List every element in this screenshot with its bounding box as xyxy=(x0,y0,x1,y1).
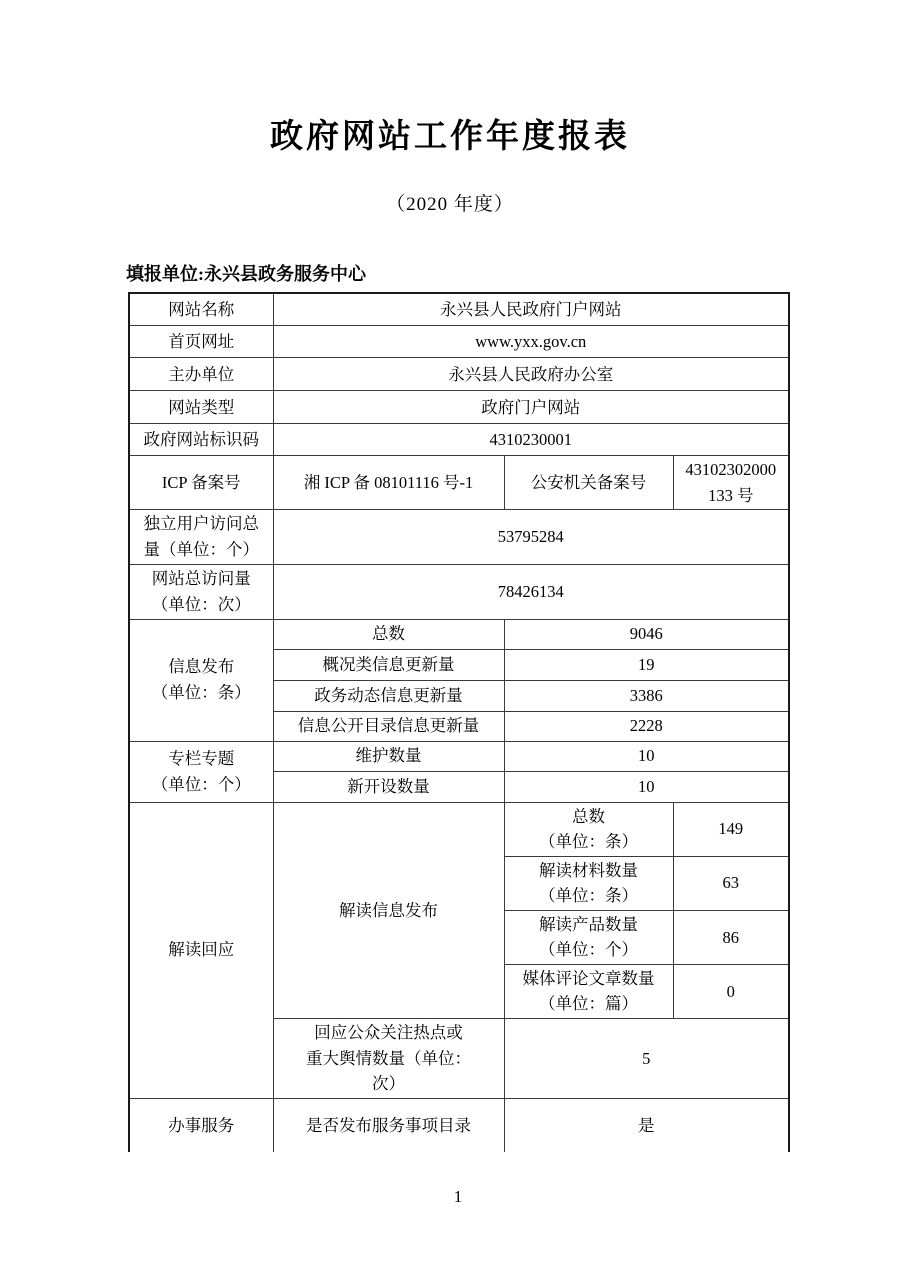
home-url-value: www.yxx.gov.cn xyxy=(273,326,789,358)
interpretation-product-label: 解读产品数量 （单位：个） xyxy=(504,910,673,964)
hotspot-response-label: 回应公众关注热点或 重大舆情数量（单位： 次） xyxy=(273,1019,504,1099)
info-publish-catalog-label: 信息公开目录信息更新量 xyxy=(273,711,504,741)
info-publish-total-label: 总数 xyxy=(273,619,504,649)
info-publish-dynamics-label: 政务动态信息更新量 xyxy=(273,680,504,711)
interpretation-product-value: 86 xyxy=(673,910,789,964)
table-row: 主办单位 永兴县人民政府办公室 xyxy=(129,358,789,391)
unique-visitors-label: 独立用户访问总 量（单位：个） xyxy=(129,510,273,564)
interpretation-material-value: 63 xyxy=(673,856,789,910)
total-visits-value: 78426134 xyxy=(273,564,789,619)
info-publish-dynamics-value: 3386 xyxy=(504,680,789,711)
table-row: 网站类型 政府门户网站 xyxy=(129,391,789,424)
document-page: 政府网站工作年度报表 （2020 年度） 填报单位:永兴县政务服务中心 网站名称… xyxy=(0,0,900,1273)
interpretation-total-value: 149 xyxy=(673,802,789,856)
site-code-value: 4310230001 xyxy=(273,424,789,456)
page-subtitle: （2020 年度） xyxy=(0,195,900,216)
table-row: 首页网址 www.yxx.gov.cn xyxy=(129,326,789,358)
site-name-value: 永兴县人民政府门户网站 xyxy=(273,293,789,326)
special-columns-new-value: 10 xyxy=(504,771,789,802)
info-publish-section-label: 信息发布 （单位：条） xyxy=(129,619,273,741)
annual-report-table: 网站名称 永兴县人民政府门户网站 首页网址 www.yxx.gov.cn 主办单… xyxy=(128,292,790,1152)
icp-label: ICP 备案号 xyxy=(129,456,273,510)
page-title: 政府网站工作年度报表 xyxy=(0,0,900,154)
services-section-label: 办事服务 xyxy=(129,1098,273,1152)
site-code-label: 政府网站标识码 xyxy=(129,424,273,456)
info-publish-total-value: 9046 xyxy=(504,619,789,649)
site-name-label: 网站名称 xyxy=(129,293,273,326)
info-publish-overview-value: 19 xyxy=(504,649,789,680)
police-record-label: 公安机关备案号 xyxy=(504,456,673,510)
total-visits-label: 网站总访问量 （单位：次） xyxy=(129,564,273,619)
table-row: 办事服务 是否发布服务事项目录 是 xyxy=(129,1098,789,1152)
host-unit-value: 永兴县人民政府办公室 xyxy=(273,358,789,391)
table-row: 网站总访问量 （单位：次） 78426134 xyxy=(129,564,789,619)
info-publish-overview-label: 概况类信息更新量 xyxy=(273,649,504,680)
site-type-value: 政府门户网站 xyxy=(273,391,789,424)
table-row: 独立用户访问总 量（单位：个） 53795284 xyxy=(129,510,789,564)
interpretation-total-label: 总数 （单位：条） xyxy=(504,802,673,856)
table-row: 信息发布 （单位：条） 总数 9046 xyxy=(129,619,789,649)
interpretation-publish-label: 解读信息发布 xyxy=(273,802,504,1019)
unique-visitors-value: 53795284 xyxy=(273,510,789,564)
police-record-value: 43102302000 133 号 xyxy=(673,456,789,510)
interpretation-media-label: 媒体评论文章数量 （单位：篇） xyxy=(504,964,673,1018)
table-row: 专栏专题 （单位：个） 维护数量 10 xyxy=(129,741,789,771)
special-columns-maintain-value: 10 xyxy=(504,741,789,771)
special-columns-maintain-label: 维护数量 xyxy=(273,741,504,771)
table-row: 解读回应 解读信息发布 总数 （单位：条） 149 xyxy=(129,802,789,856)
interpretation-section-label: 解读回应 xyxy=(129,802,273,1098)
table-row: ICP 备案号 湘 ICP 备 08101116 号-1 公安机关备案号 431… xyxy=(129,456,789,510)
special-columns-new-label: 新开设数量 xyxy=(273,771,504,802)
table-row: 网站名称 永兴县人民政府门户网站 xyxy=(129,293,789,326)
services-catalog-value: 是 xyxy=(504,1098,789,1152)
host-unit-label: 主办单位 xyxy=(129,358,273,391)
home-url-label: 首页网址 xyxy=(129,326,273,358)
interpretation-material-label: 解读材料数量 （单位：条） xyxy=(504,856,673,910)
info-publish-catalog-value: 2228 xyxy=(504,711,789,741)
page-number: 1 xyxy=(128,1187,788,1207)
services-catalog-label: 是否发布服务事项目录 xyxy=(273,1098,504,1152)
icp-value: 湘 ICP 备 08101116 号-1 xyxy=(273,456,504,510)
interpretation-media-value: 0 xyxy=(673,964,789,1018)
reporting-unit: 填报单位:永兴县政务服务中心 xyxy=(126,264,900,286)
special-columns-section-label: 专栏专题 （单位：个） xyxy=(129,741,273,802)
table-row: 政府网站标识码 4310230001 xyxy=(129,424,789,456)
site-type-label: 网站类型 xyxy=(129,391,273,424)
hotspot-response-value: 5 xyxy=(504,1019,789,1099)
